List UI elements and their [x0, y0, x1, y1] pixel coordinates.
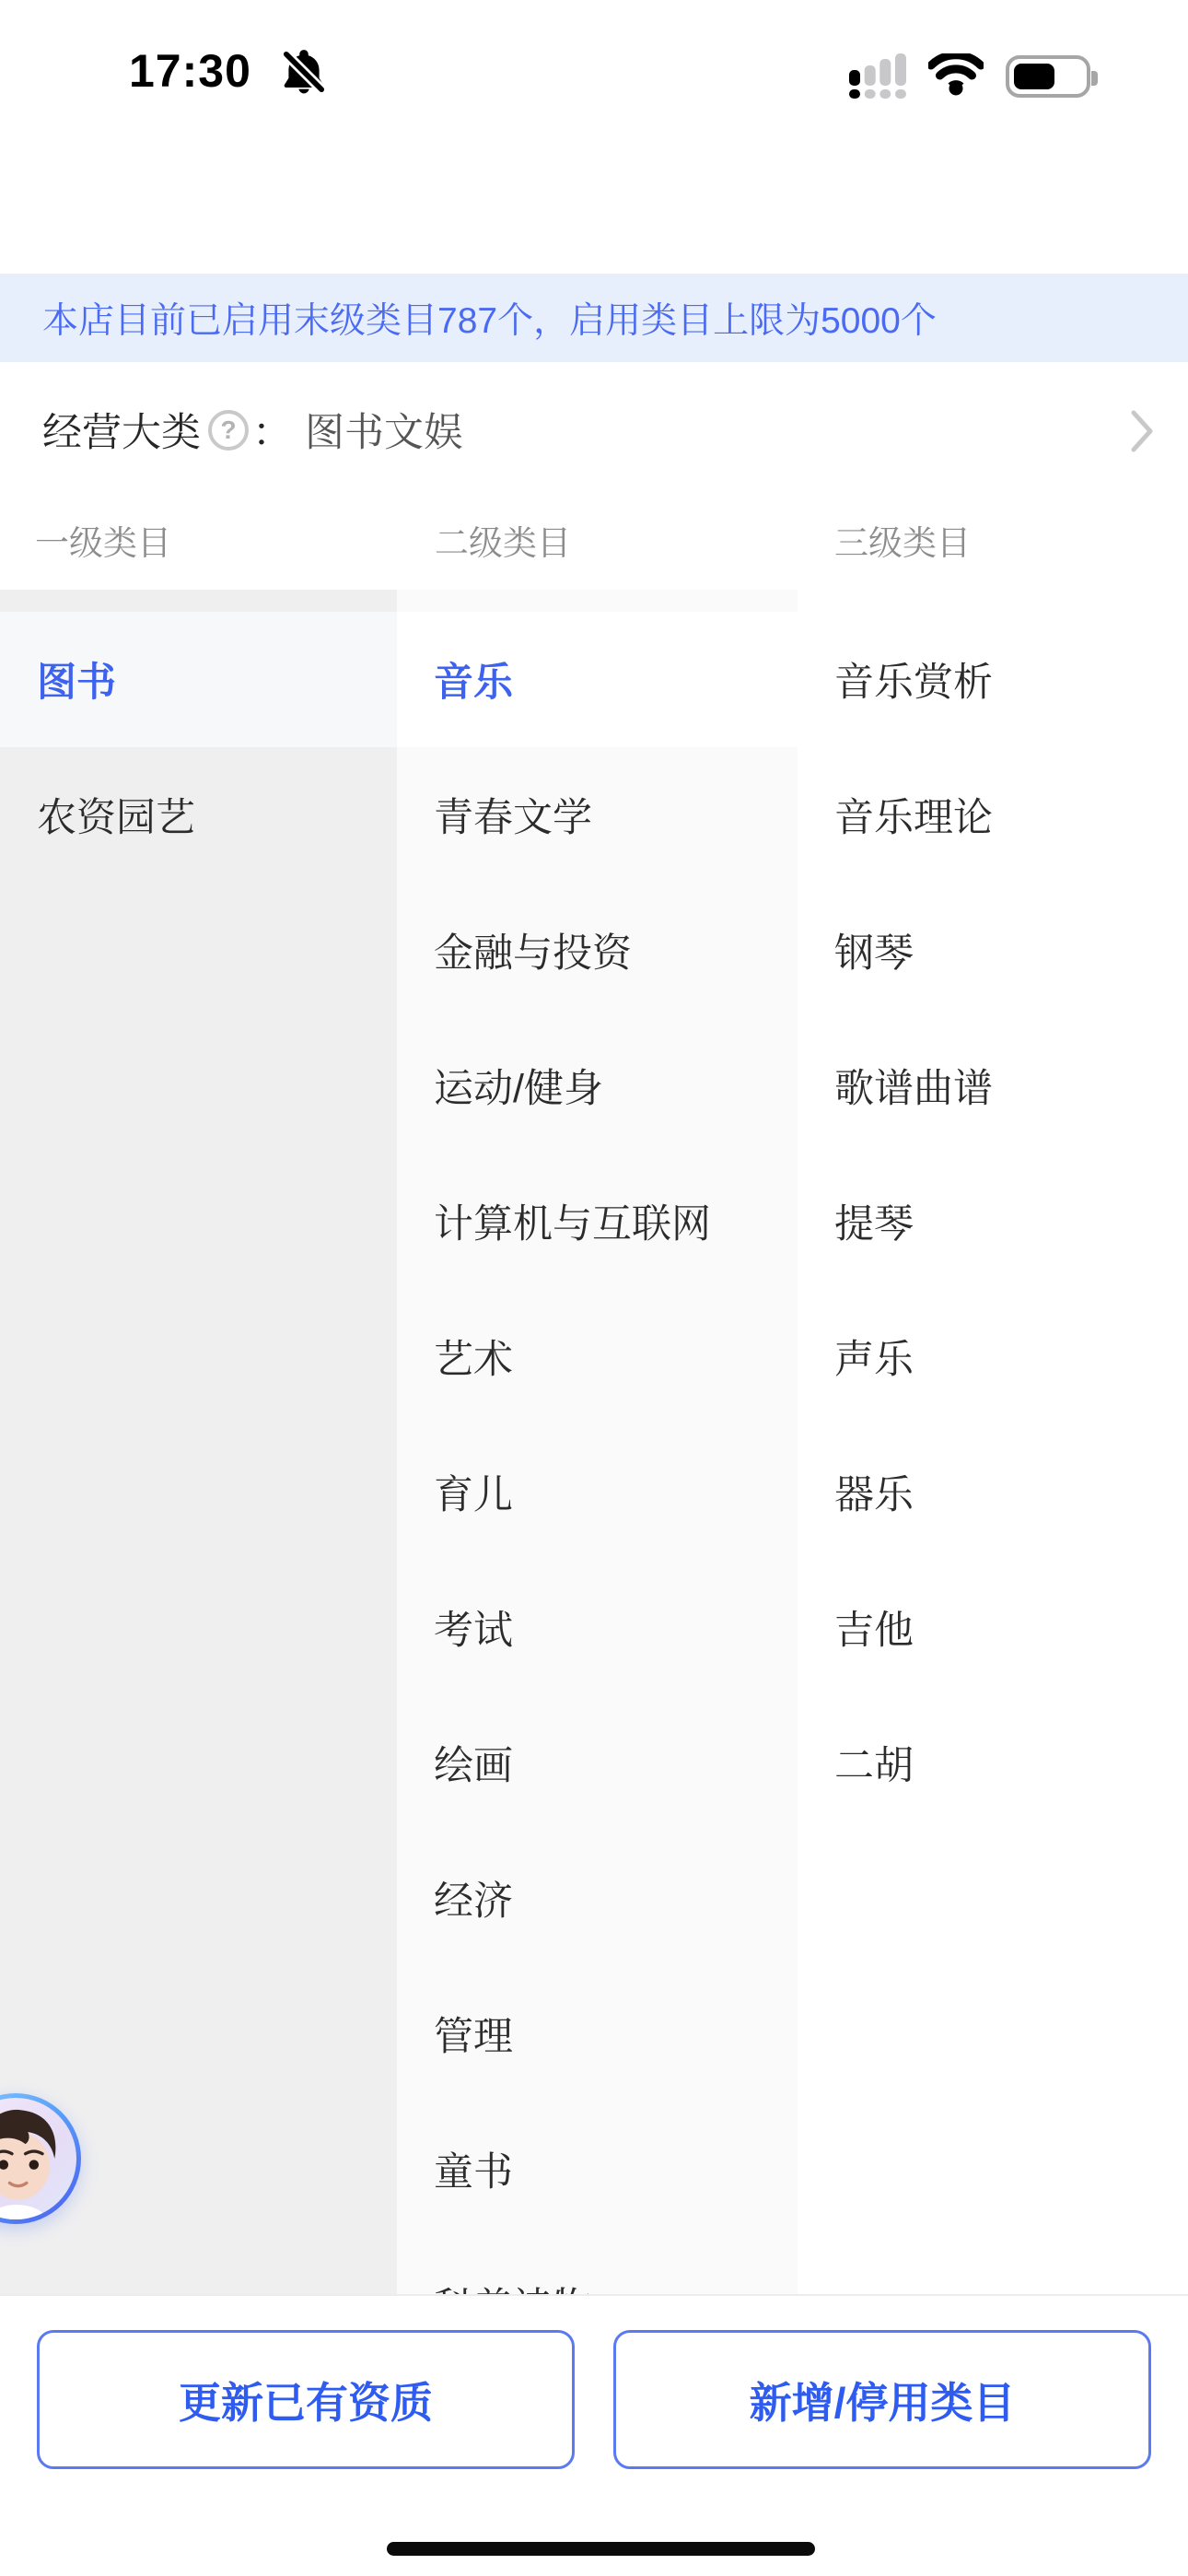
business-category-row[interactable]: 经营大类 ? ： 图书文娱 [0, 362, 1188, 498]
home-indicator[interactable] [387, 2542, 815, 2556]
level3-item[interactable]: 提琴 [798, 1153, 1188, 1289]
level3-item[interactable]: 音乐理论 [798, 747, 1188, 883]
level2-item[interactable]: 运动/健身 [397, 1018, 798, 1153]
mute-bell-icon [278, 46, 330, 98]
level2-item[interactable]: 科普读物 [397, 2237, 798, 2294]
level2-item[interactable]: 管理 [397, 1966, 798, 2102]
status-bar: 17:30 [0, 0, 1188, 120]
business-category-label: 经营大类 [42, 402, 201, 458]
footer-bar: 更新已有资质 新增/停用类目 [0, 2294, 1188, 2576]
level3-item[interactable]: 器乐 [798, 1424, 1188, 1560]
add-disable-category-button[interactable]: 新增/停用类目 [613, 2330, 1151, 2469]
level2-item[interactable]: 考试 [397, 1560, 798, 1695]
avatar-image [0, 2098, 76, 2219]
level2-item[interactable]: 计算机与互联网 [397, 1153, 798, 1289]
level1-item[interactable]: 图书 [0, 612, 397, 747]
level2-item[interactable]: 育儿 [397, 1424, 798, 1560]
cellular-signal-icon [849, 53, 906, 99]
nav-bar: 类目管理 [0, 120, 1188, 274]
battery-icon [1006, 55, 1090, 98]
screen: 17:30 [0, 0, 1188, 2576]
status-time: 17:30 [129, 44, 251, 98]
level2-item[interactable]: 音乐 [397, 612, 798, 747]
level3-header: 三级类目 [834, 498, 971, 590]
level1-column: 图书 农资园艺 [0, 590, 397, 2294]
level3-item[interactable]: 音乐赏析 [798, 612, 1188, 747]
level3-column: 音乐赏析 音乐理论 钢琴 歌谱曲谱 提琴 声乐 器乐 吉他 二胡 [798, 590, 1188, 2294]
level1-item[interactable]: 农资园艺 [0, 747, 397, 883]
notice-text: 本店目前已启用末级类目787个，启用类目上限为5000个 [42, 292, 937, 344]
notice-banner: 本店目前已启用末级类目787个，启用类目上限为5000个 [0, 274, 1188, 362]
level2-header: 二级类目 [435, 498, 571, 590]
help-icon[interactable]: ? [208, 410, 249, 451]
level3-item[interactable]: 声乐 [798, 1289, 1188, 1424]
business-category-colon: ： [252, 402, 292, 458]
level3-item[interactable]: 钢琴 [798, 883, 1188, 1018]
level2-item[interactable]: 童书 [397, 2102, 798, 2237]
business-category-value: 图书文娱 [305, 402, 463, 458]
level3-item[interactable]: 二胡 [798, 1695, 1188, 1831]
level3-item[interactable]: 歌谱曲谱 [798, 1018, 1188, 1153]
update-qualification-button[interactable]: 更新已有资质 [37, 2330, 575, 2469]
level2-item[interactable]: 青春文学 [397, 747, 798, 883]
column-headers: 一级类目 二级类目 三级类目 [0, 498, 1188, 590]
level2-column: 音乐 青春文学 金融与投资 运动/健身 计算机与互联网 艺术 育儿 考试 绘画 … [397, 590, 798, 2294]
chevron-right-icon [1129, 408, 1155, 454]
wifi-icon [928, 53, 984, 96]
level3-item[interactable]: 吉他 [798, 1560, 1188, 1695]
level2-item[interactable]: 金融与投资 [397, 883, 798, 1018]
category-columns: 图书 农资园艺 音乐 青春文学 金融与投资 运动/健身 计算机与互联网 艺术 育… [0, 590, 1188, 2294]
level2-item[interactable]: 艺术 [397, 1289, 798, 1424]
level2-item[interactable]: 经济 [397, 1831, 798, 1966]
level2-item[interactable]: 绘画 [397, 1695, 798, 1831]
level1-header: 一级类目 [35, 498, 171, 590]
